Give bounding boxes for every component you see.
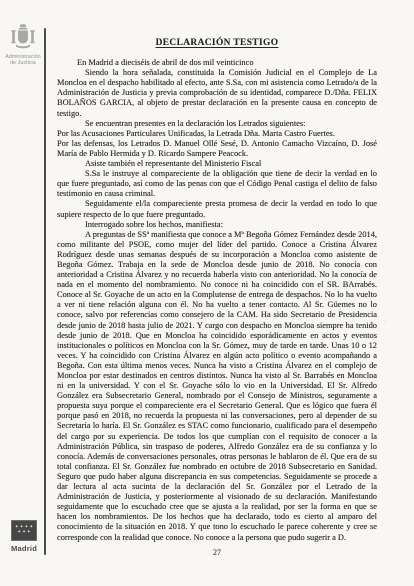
paragraph-fiscal: Asiste también el representante del Mini… [57,159,377,169]
scanned-document-page: Administración de Justicia DECLARACIÓN T… [0,0,414,586]
paragraph-testimony: A preguntas de SSª manifiesta que conoce… [57,230,377,543]
madrid-logo: ✦ ✦ ✦ ✦ ✦ ✦ ✦ Madrid [6,520,42,553]
madrid-logo-label: Madrid [6,544,42,553]
star-icon: ✦ [17,531,21,536]
paragraph-defense-lawyers: Por las defensas, los Letrados D. Manuel… [57,139,377,159]
margin-divider-line [44,28,46,555]
date-line: En Madrid a dieciséis de abril de dos mi… [57,58,377,68]
paragraph-appearance: Siendo la hora señalada, constituida la … [57,68,377,118]
paragraph-lawyers-intro: Se encuentran presentes en la declaració… [57,119,377,129]
document-title: DECLARACIÓN TESTIGO [57,38,377,48]
madrid-flag-star-row: ✦ ✦ ✦ [12,531,36,536]
paragraph-accusation-lawyer: Por las Acusaciones Particulares Unifica… [57,129,377,139]
madrid-flag-icon: ✦ ✦ ✦ ✦ ✦ ✦ ✦ [11,520,37,541]
star-icon: ✦ [22,531,26,536]
paragraph-promise: Seguidamente el/la compareciente presta … [57,199,377,219]
paragraph-oath-warning: S.Sa le instruye al compareciente de la … [57,169,377,199]
document-body: DECLARACIÓN TESTIGO En Madrid a dieciséi… [57,38,377,543]
justice-crest-icon [10,24,36,52]
star-icon: ✦ [27,531,31,536]
page-number: 27 [57,548,377,557]
justice-logo-label: Administración de Justicia [2,54,44,66]
paragraph-interrogation-lead: Interrogado sobre los hechos, manifiesta… [57,220,377,230]
administracion-justicia-logo: Administración de Justicia [2,24,44,66]
